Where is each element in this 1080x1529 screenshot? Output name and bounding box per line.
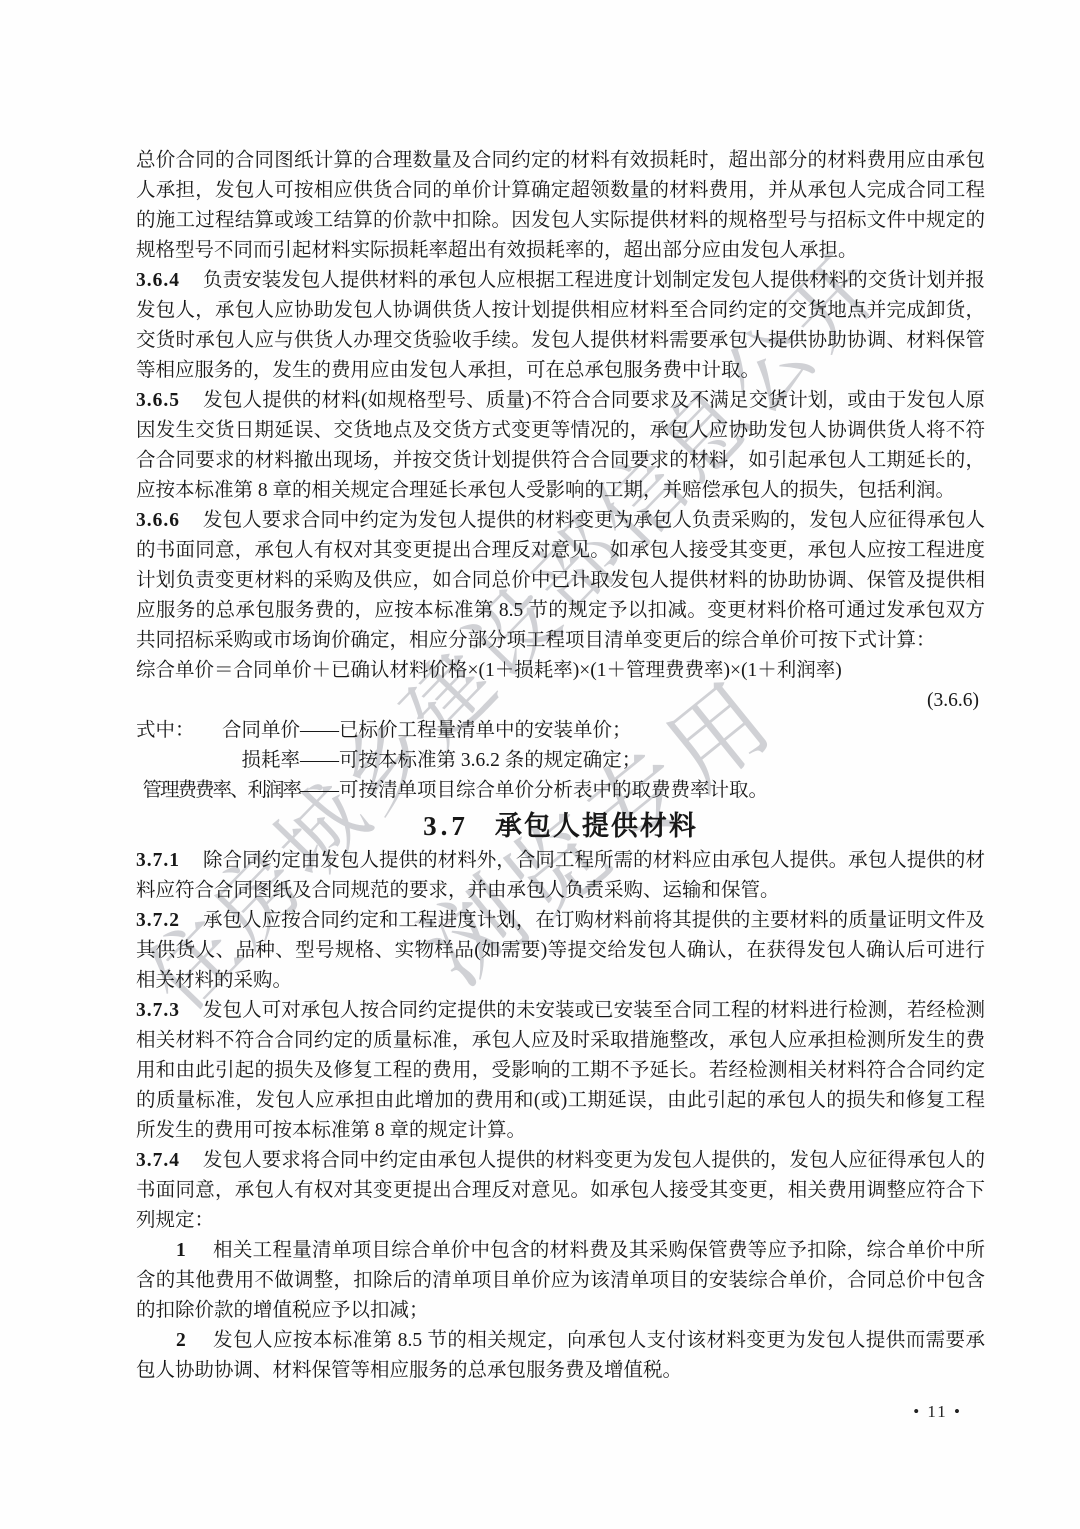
clause-number: 3.6.5	[136, 390, 180, 411]
clause-number: 3.7.4	[136, 1150, 180, 1171]
clause-text: 发包人提供的材料(如规格型号、质量)不符合合同要求及不满足交货计划，或由于发包人…	[136, 390, 985, 501]
list-item-text: 发包人应按本标准第 8.5 节的相关规定，向承包人支付该材料变更为发包人提供而需…	[136, 1330, 985, 1381]
note-definition: 可按本标准第 3.6.2 条的规定确定；	[339, 746, 641, 776]
note-left: 管理费费率、利润率	[136, 776, 300, 806]
note-lead: 式中：	[136, 716, 195, 746]
note-left: 式中： 合同单价	[136, 716, 300, 746]
page-body: 总价合同的合同图纸计算的合理数量及合同约定的材料有效损耗时，超出部分的材料费用应…	[136, 146, 985, 1386]
section-heading-number: 3.7	[423, 811, 469, 841]
note-term: 管理费费率、利润率	[142, 776, 300, 806]
list-item-text: 相关工程量清单项目综合单价中包含的材料费及其采购保管费等应予扣除，综合单价中所含…	[136, 1240, 985, 1321]
formula-note-row: 损耗率 —— 可按本标准第 3.6.2 条的规定确定；	[136, 746, 985, 776]
clause-number: 3.6.4	[136, 270, 180, 291]
intro-paragraph: 总价合同的合同图纸计算的合理数量及合同约定的材料有效损耗时，超出部分的材料费用应…	[136, 146, 985, 266]
section-heading-title: 承包人提供材料	[495, 811, 698, 841]
clause-text: 发包人可对承包人按合同约定提供的未安装或已安装至合同工程的材料进行检测，若经检测…	[136, 1000, 985, 1141]
clause-number: 3.7.1	[136, 850, 180, 871]
list-item-number: 1	[176, 1240, 186, 1261]
note-dash: ——	[300, 746, 339, 776]
clause-3-7-2: 3.7.2承包人应按合同约定和工程进度计划，在订购材料前将其提供的主要材料的质量…	[136, 906, 985, 996]
clause-text: 除合同约定由发包人提供的材料外，合同工程所需的材料应由承包人提供。承包人提供的材…	[136, 850, 985, 901]
clause-3-7-1: 3.7.1除合同约定由发包人提供的材料外，合同工程所需的材料应由承包人提供。承包…	[136, 846, 985, 906]
note-definition: 可按清单项目综合单价分析表中的取费费率计取。	[339, 776, 768, 806]
clause-number: 3.6.6	[136, 510, 180, 531]
clause-number: 3.7.3	[136, 1000, 180, 1021]
clause-3-6-5: 3.6.5发包人提供的材料(如规格型号、质量)不符合合同要求及不满足交货计划，或…	[136, 386, 985, 506]
note-definition: 已标价工程量清单中的安装单价；	[339, 716, 632, 746]
section-heading-3-7: 3.7承包人提供材料	[136, 806, 985, 846]
list-item-1: 1相关工程量清单项目综合单价中包含的材料费及其采购保管费等应予扣除，综合单价中所…	[136, 1236, 985, 1326]
note-term: 合同单价	[222, 716, 300, 746]
clause-number: 3.7.2	[136, 910, 180, 931]
clause-3-7-3: 3.7.3发包人可对承包人按合同约定提供的未安装或已安装至合同工程的材料进行检测…	[136, 996, 985, 1146]
clause-text: 承包人应按合同约定和工程进度计划，在订购材料前将其提供的主要材料的质量证明文件及…	[136, 910, 985, 991]
formula-expression: 综合单价＝合同单价＋已确认材料价格×(1＋损耗率)×(1＋管理费费率)×(1＋利…	[136, 656, 985, 686]
formula-number-label: (3.6.6)	[136, 686, 985, 716]
clause-3-6-4: 3.6.4负责安装发包人提供材料的承包人应根据工程进度计划制定发包人提供材料的交…	[136, 266, 985, 386]
document-page: 住房城乡建设部信息公开 浏览专用 总价合同的合同图纸计算的合理数量及合同约定的材…	[0, 0, 1080, 1529]
note-dash: ——	[300, 776, 339, 806]
clause-text: 负责安装发包人提供材料的承包人应根据工程进度计划制定发包人提供材料的交货计划并报…	[136, 270, 985, 381]
formula-note-row: 管理费费率、利润率 —— 可按清单项目综合单价分析表中的取费费率计取。	[136, 776, 985, 806]
clause-text: 发包人要求将合同中约定由承包人提供的材料变更为发包人提供的，发包人应征得承包人的…	[136, 1150, 985, 1231]
page-number: • 11 •	[913, 1402, 962, 1422]
clause-text: 发包人要求合同中约定为发包人提供的材料变更为承包人负责采购的，发包人应征得承包人…	[136, 510, 985, 651]
clause-3-6-6: 3.6.6发包人要求合同中约定为发包人提供的材料变更为承包人负责采购的，发包人应…	[136, 506, 985, 656]
list-item-number: 2	[176, 1330, 186, 1351]
note-term: 损耗率	[241, 746, 300, 776]
formula-note-row: 式中： 合同单价 —— 已标价工程量清单中的安装单价；	[136, 716, 985, 746]
clause-3-7-4: 3.7.4发包人要求将合同中约定由承包人提供的材料变更为发包人提供的，发包人应征…	[136, 1146, 985, 1236]
note-dash: ——	[300, 716, 339, 746]
note-left: 损耗率	[136, 746, 300, 776]
list-item-2: 2发包人应按本标准第 8.5 节的相关规定，向承包人支付该材料变更为发包人提供而…	[136, 1326, 985, 1386]
